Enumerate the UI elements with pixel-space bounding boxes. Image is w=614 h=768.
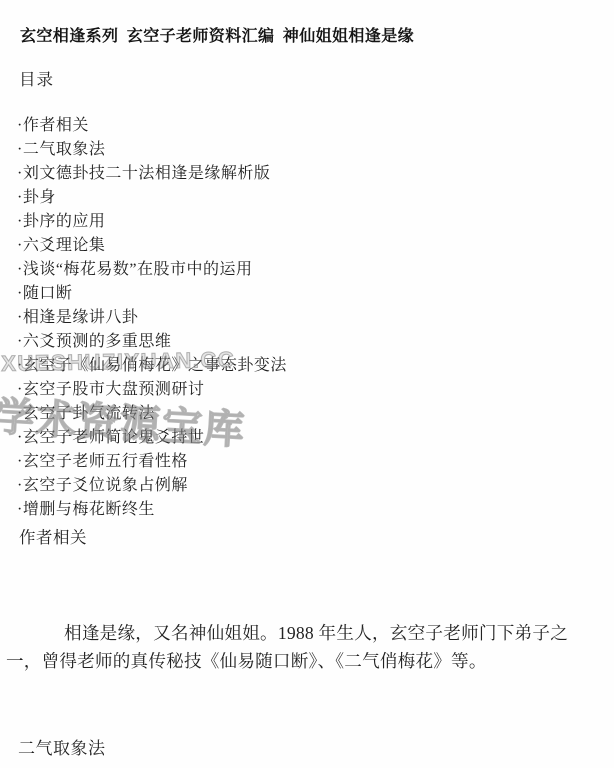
toc-item: ·玄空子爻位说象占例解 bbox=[17, 474, 287, 498]
toc-item: ·浅谈“梅花易数”在股市中的运用 bbox=[17, 258, 287, 282]
toc-item: ·玄空子老师五行看性格 bbox=[17, 450, 287, 474]
toc-item: ·卦序的应用 bbox=[17, 210, 287, 234]
footer-section-heading: 二气取象法 bbox=[18, 739, 106, 759]
toc-list: ·作者相关 ·二气取象法 ·刘文德卦技二十法相逢是缘解析版 ·卦身 ·卦序的应用… bbox=[17, 114, 287, 522]
page-title: 玄空相逢系列 玄空子老师资料汇编 神仙姐姐相逢是缘 bbox=[20, 27, 414, 46]
toc-item: ·随口断 bbox=[17, 282, 287, 306]
toc-item: ·玄空子卦气流转法 bbox=[17, 402, 287, 426]
author-intro-paragraph: 相逢是缘，又名神仙姐姐。1988 年生人，玄空子老师门下弟子之一，曾得老师的真传… bbox=[6, 620, 568, 675]
toc-item: ·相逢是缘讲八卦 bbox=[17, 306, 287, 330]
document-page: 玄空相逢系列 玄空子老师资料汇编 神仙姐姐相逢是缘 目录 ·作者相关 ·二气取象… bbox=[0, 0, 614, 768]
toc-item: ·玄空子老师简论鬼爻持世 bbox=[17, 426, 287, 450]
toc-item: ·作者相关 bbox=[17, 114, 287, 138]
toc-item: ·玄空子《仙易俏梅花》之事态卦变法 bbox=[17, 354, 287, 378]
section-heading-author: 作者相关 bbox=[19, 526, 87, 550]
toc-item: ·六爻预测的多重思维 bbox=[17, 330, 287, 354]
toc-item: ·玄空子股市大盘预测研讨 bbox=[17, 378, 287, 402]
toc-item: ·二气取象法 bbox=[17, 138, 287, 162]
toc-item: ·六爻理论集 bbox=[17, 234, 287, 258]
toc-item: ·卦身 bbox=[17, 186, 287, 210]
toc-heading: 目录 bbox=[19, 70, 54, 90]
toc-item: ·增删与梅花断终生 bbox=[17, 498, 287, 522]
toc-item: ·刘文德卦技二十法相逢是缘解析版 bbox=[17, 162, 287, 186]
